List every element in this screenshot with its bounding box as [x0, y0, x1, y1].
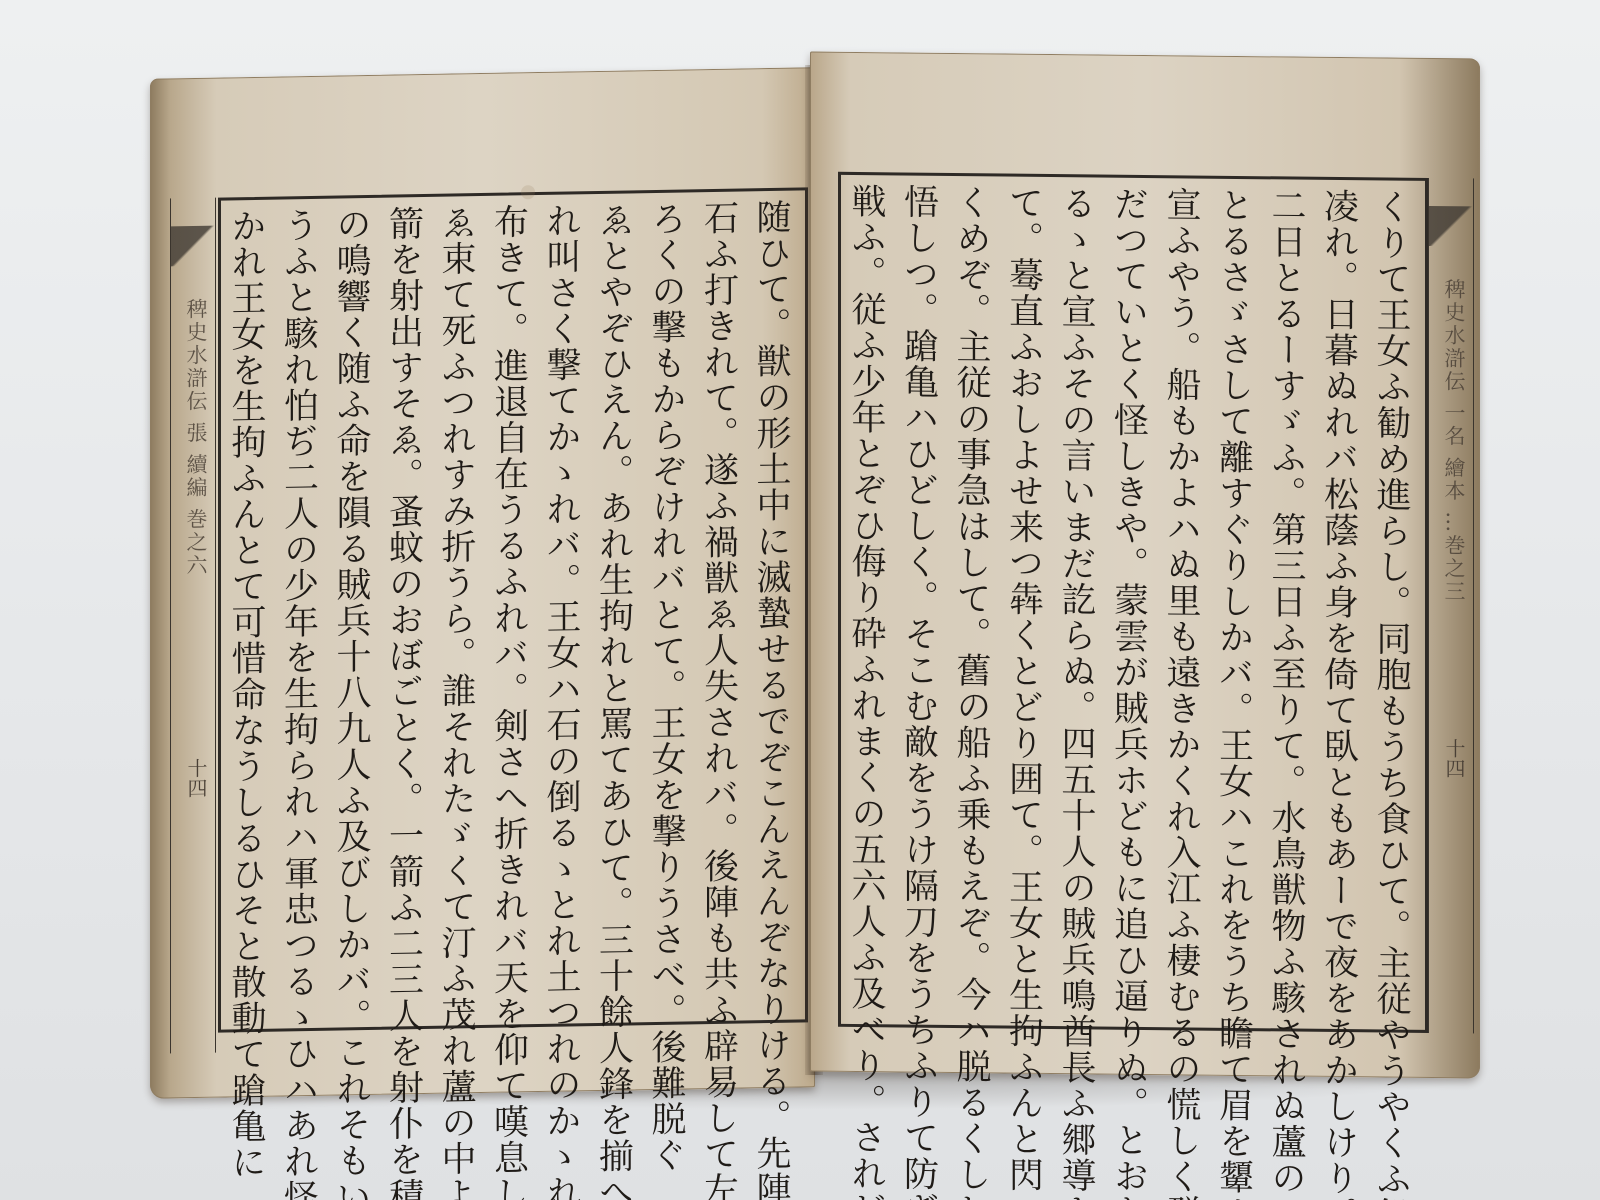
text-column: くりて王女ふ勧め進らし。同胞もうち食ひて。主従やうやくふ飢を	[1365, 188, 1418, 1022]
text-column: て。蓦直ふおしよせ来つ犇くとどり囲て。王女と生拘ふんと閃	[997, 184, 1050, 1018]
left-page: 稗史水滸伝 張 續編 巻之六 十四 随ひて。獣の形土中に滅蟄せるでぞこんえんぞな…	[150, 67, 815, 1099]
text-column: うふと駭れ怕ぢ二人の少年を生拘られハ軍忠つるゝひハあれ怪し	[272, 207, 325, 1021]
right-page: くりて王女ふ勧め進らし。同胞もうち食ひて。主従やうやくふ飢を 凌れ。日暮ぬれバ松…	[810, 51, 1480, 1078]
open-book: 稗史水滸伝 張 續編 巻之六 十四 随ひて。獣の形土中に滅蟄せるでぞこんえんぞな…	[150, 55, 1490, 1105]
right-text-frame: くりて王女ふ勧め進らし。同胞もうち食ひて。主従やうやくふ飢を 凌れ。日暮ぬれバ松…	[838, 172, 1428, 1033]
text-column: だつていとく怪しきや。蒙雲が賊兵ホどもに追ひ逼りぬ。とおわ	[1102, 186, 1155, 1020]
text-column: 布きて。進退自在うるふれバ。剣さへ折きれバ天を仰て嘆息して	[482, 203, 535, 1017]
left-text-body: 随ひて。獣の形土中に滅蟄せるでぞこんえんぞなりける。先陣駿 石ふ打きれて。遂ふ禍…	[229, 199, 797, 1022]
left-text-frame: 随ひて。獣の形土中に滅蟄せるでぞこんえんぞなりける。先陣駿 石ふ打きれて。遂ふ禍…	[218, 187, 808, 1032]
right-text-body: くりて王女ふ勧め進らし。同胞もうち食ひて。主従やうやくふ飢を 凌れ。日暮ぬれバ松…	[849, 183, 1417, 1022]
right-page-margin: 稗史水滸伝 一名 繪本 …巻之三 十四	[1428, 178, 1474, 1033]
text-column: 凌れ。日暮ぬれバ松蔭ふ身を倚て臥ともあーで夜をあかしけり。一日	[1312, 188, 1365, 1022]
fishtail-mark-icon	[1429, 206, 1473, 246]
text-column: とるさゞさして離すぐりしかバ。王女ハこれをうち瞻て眉を顰め。	[1207, 187, 1260, 1021]
text-column: ゑ束て死ふつれすみ折うら。誰それたゞくて汀ふ茂れ蘆の中より	[430, 204, 483, 1018]
right-margin-title: 稗史水滸伝 一名 繪本 …巻之三	[1435, 278, 1469, 603]
text-column: かれ王女を生拘ふんとて可惜命なうしるひそと散動て蹌亀に	[220, 208, 273, 1022]
text-column: 随ひて。獣の形土中に滅蟄せるでぞこんえんぞなりける。先陣駿	[745, 199, 798, 1013]
text-column: 箭を射出すそゑ。蚤蚊のおぼごとく。一箭ふ二三人を射仆を積ふ鏑	[377, 205, 430, 1019]
text-column: 石ふ打きれて。遂ふ禍獣ゑ人失されバ。後陣も共ふ辟易して左右	[692, 199, 745, 1013]
text-column: るゝと宣ふその言いまだ訖らぬ。四五十人の賊兵鳴酋長ふ郷導さし	[1050, 185, 1103, 1019]
fishtail-mark-icon	[171, 226, 215, 267]
text-column: 戦ふ。従ふ少年とぞひ侮り砕ふれまくの五六人ふ及べり。されど	[840, 183, 893, 1017]
left-folio-number: 十四	[177, 758, 211, 799]
text-column: ろくの撃もからぞけれバとて。王女を撃りうさべ。後難脱ぐ	[640, 200, 693, 1014]
text-column: の鳴響く随ふ命を隕る賊兵十八九人ふ及びしかバ。これそもい	[325, 206, 378, 1020]
paper-stain	[521, 185, 535, 199]
text-column: 宣ふやう。船もかよハぬ里も遠きかくれ入江ふ棲むるの慌しく群	[1155, 186, 1208, 1020]
right-folio-number: 十四	[1435, 738, 1469, 778]
text-column: くめぞ。主従の事急はして。舊の船ふ乗もえぞ。今ハ脱るくしと覚	[945, 184, 998, 1018]
left-page-margin: 稗史水滸伝 張 續編 巻之六 十四	[170, 198, 216, 1054]
text-column: 二日とるーすゞふ。第三日ふ至りて。水鳥獣物ふ駭されぬ蘆の	[1260, 187, 1313, 1021]
left-margin-title: 稗史水滸伝 張 續編 巻之六	[177, 298, 211, 578]
text-column: れ叫さく撃てかゝれバ。王女ハ石の倒るゝとれ土つれのかゝれ袂を	[535, 202, 588, 1016]
text-column: ゑとやぞひえん。あれ生拘れと罵てあひて。三十餘人鋒を揃へ嗔	[587, 201, 640, 1015]
text-column: 悟しつ。蹌亀ハひどしく。そこむ敵をうけ隔刀をうちふりて防ぎ	[892, 183, 945, 1017]
